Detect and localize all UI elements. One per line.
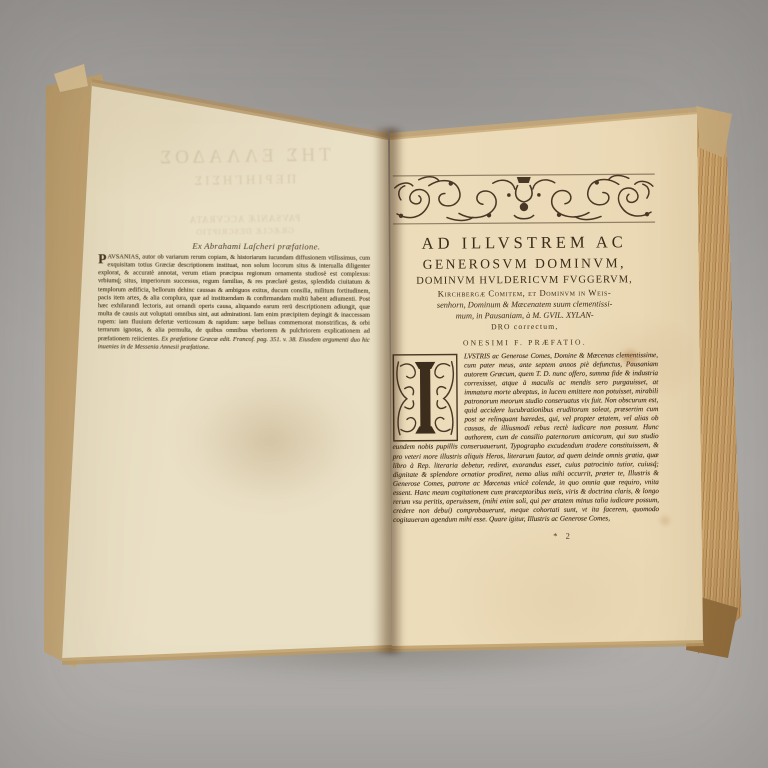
book-photograph: ΤΗΣ ΕΛΛΑΔΟΣ ΠΕΡΙΗΓΗΣΙΣ PAVSANIÆ ACCVRATA… xyxy=(0,0,768,768)
photo-vignette xyxy=(0,0,768,768)
